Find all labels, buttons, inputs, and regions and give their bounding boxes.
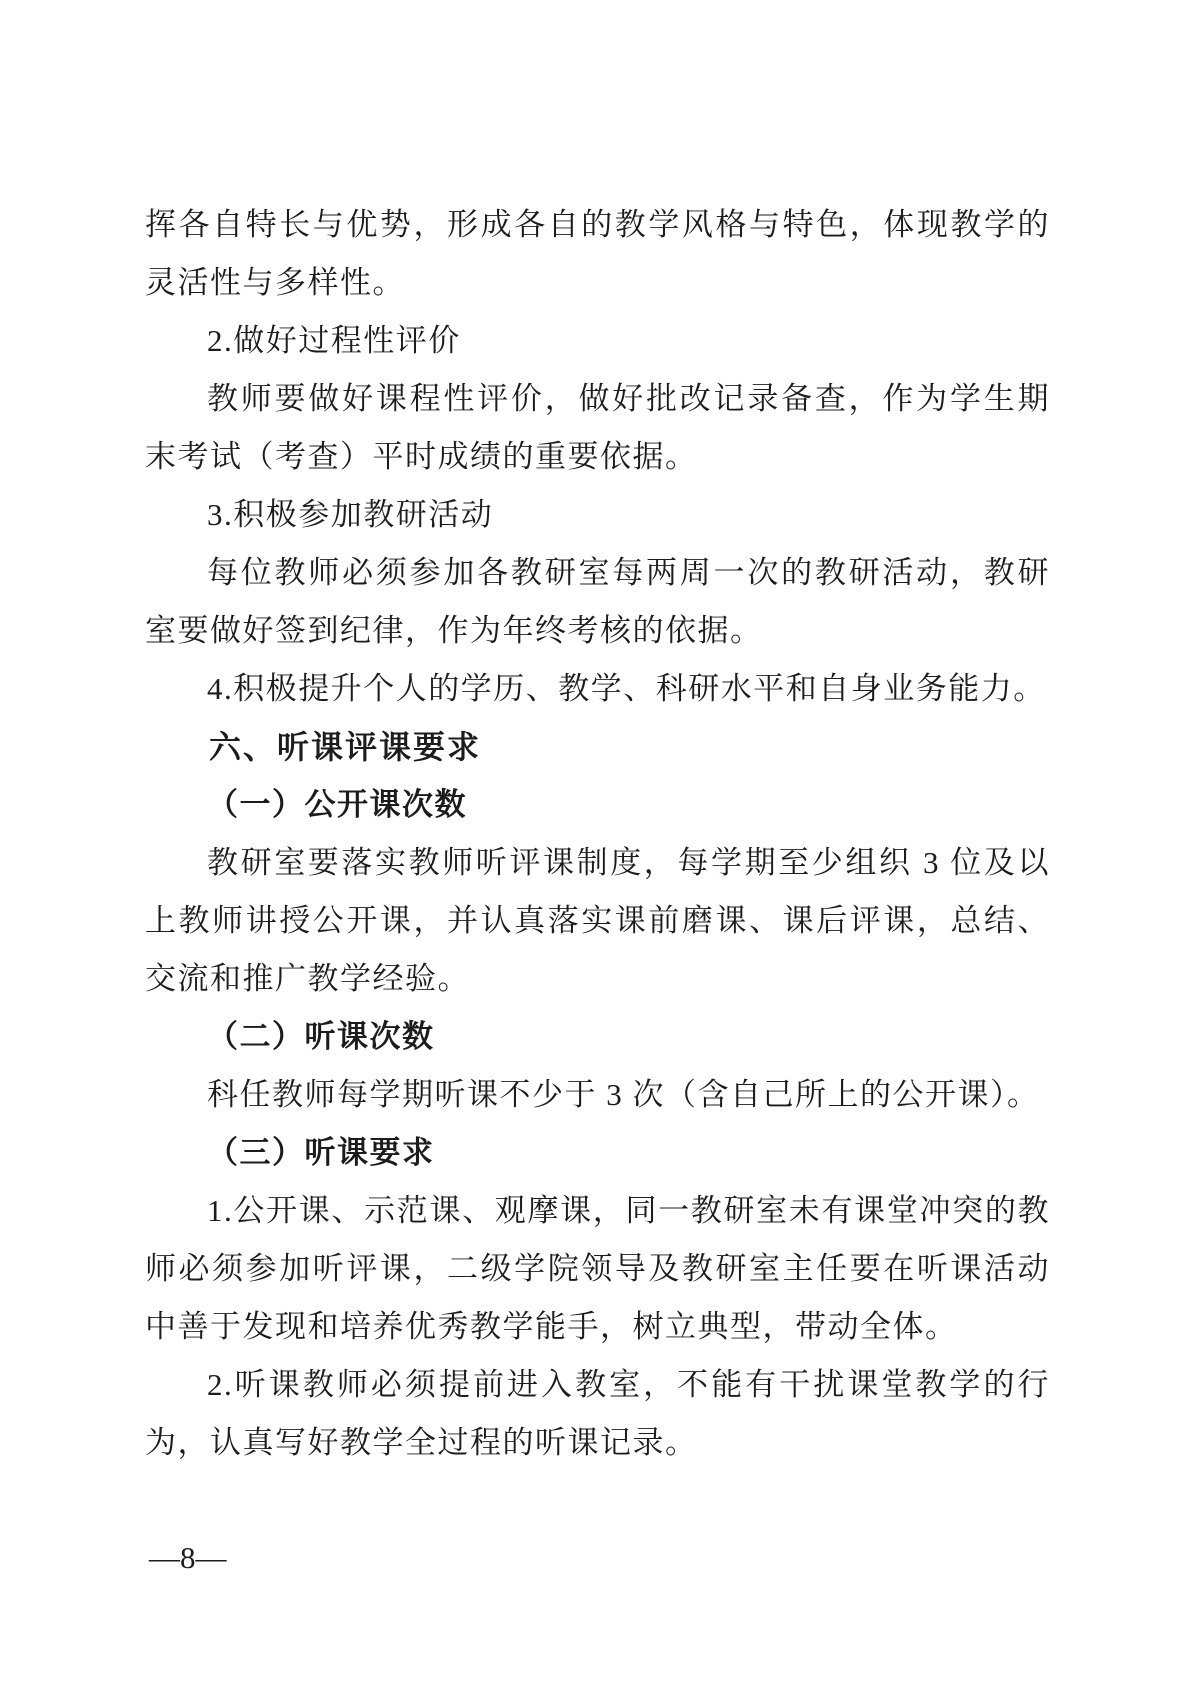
paragraph: 3.积极参加教研活动 bbox=[145, 486, 1050, 544]
section-heading: 六、听课评课要求 bbox=[145, 718, 1050, 776]
paragraph: 科任教师每学期听课不少于 3 次（含自己所上的公开课）。 bbox=[145, 1066, 1050, 1124]
paragraph: 4.积极提升个人的学历、教学、科研水平和自身业务能力。 bbox=[145, 660, 1050, 718]
paragraph: 2.做好过程性评价 bbox=[145, 312, 1050, 370]
paragraph: 2.听课教师必须提前进入教室，不能有干扰课堂教学的行为，认真写好教学全过程的听课… bbox=[145, 1356, 1050, 1472]
document-page: 挥各自特长与优势，形成各自的教学风格与特色，体现教学的灵活性与多样性。 2.做好… bbox=[0, 0, 1191, 1684]
paragraph: 挥各自特长与优势，形成各自的教学风格与特色，体现教学的灵活性与多样性。 bbox=[145, 196, 1050, 312]
paragraph: 1.公开课、示范课、观摩课，同一教研室未有课堂冲突的教师必须参加听评课，二级学院… bbox=[145, 1182, 1050, 1356]
page-footer: —8— bbox=[149, 1538, 227, 1578]
paragraph: 教研室要落实教师听评课制度，每学期至少组织 3 位及以上教师讲授公开课，并认真落… bbox=[145, 834, 1050, 1008]
subsection-heading: （三）听课要求 bbox=[145, 1124, 1050, 1182]
paragraph: 教师要做好课程性评价，做好批改记录备查，作为学生期末考试（考查）平时成绩的重要依… bbox=[145, 370, 1050, 486]
subsection-heading: （一）公开课次数 bbox=[145, 776, 1050, 834]
paragraph: 每位教师必须参加各教研室每两周一次的教研活动，教研室要做好签到纪律，作为年终考核… bbox=[145, 544, 1050, 660]
subsection-heading: （二）听课次数 bbox=[145, 1008, 1050, 1066]
page-content: 挥各自特长与优势，形成各自的教学风格与特色，体现教学的灵活性与多样性。 2.做好… bbox=[145, 196, 1050, 1472]
page-number: —8— bbox=[149, 1540, 227, 1575]
